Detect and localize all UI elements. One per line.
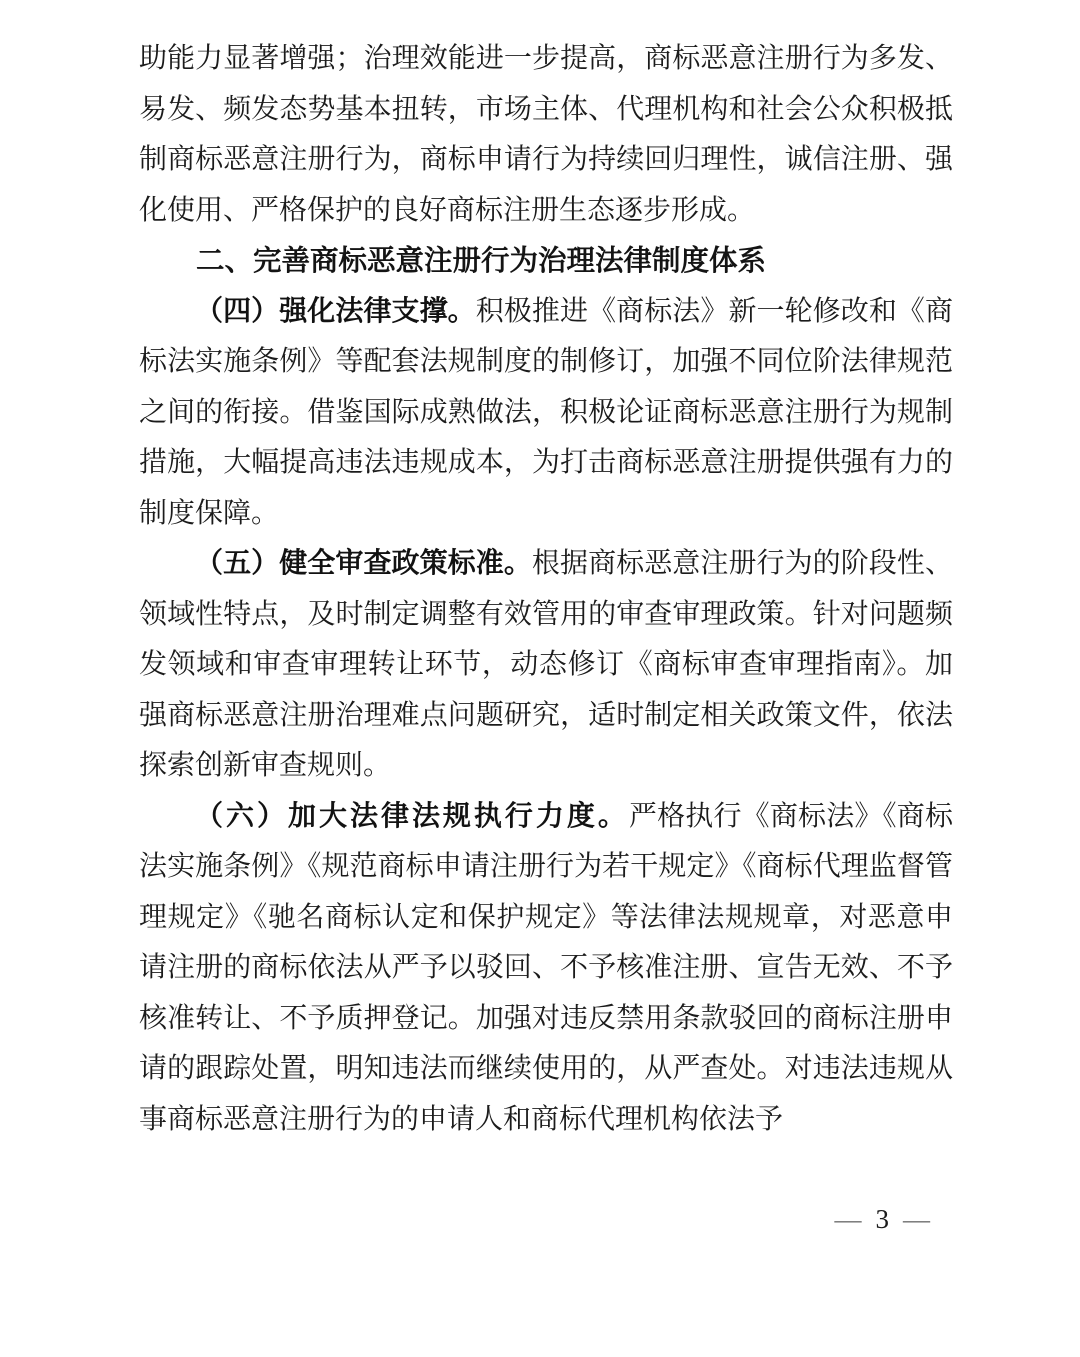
page-number-value: 3 (862, 1204, 904, 1234)
paragraph-continuation: 助能力显著增强；治理效能进一步提高，商标恶意注册行为多发、易发、频发态势基本扭转… (139, 34, 953, 236)
paragraph-6-bold-lead: （六）加大法律法规执行力度。 (195, 801, 629, 832)
page-number: —3— (835, 1203, 931, 1235)
paragraph-continuation-text: 助能力显著增强；治理效能进一步提高，商标恶意注册行为多发、易发、频发态势基本扭转… (139, 43, 953, 226)
paragraph-item-4: （四）强化法律支撑。积极推进《商标法》新一轮修改和《商标法实施条例》等配套法规制… (139, 287, 953, 540)
page-number-left-dash: — (835, 1204, 862, 1234)
paragraph-5-text: 根据商标恶意注册行为的阶段性、领域性特点，及时制定调整有效管用的审查审理政策。针… (139, 548, 953, 781)
paragraph-6-text: 严格执行《商标法》《商标法实施条例》《规范商标申请注册行为若干规定》《商标代理监… (139, 801, 953, 1135)
paragraph-item-6: （六）加大法律法规执行力度。严格执行《商标法》《商标法实施条例》《规范商标申请注… (139, 792, 953, 1146)
section-heading-2: 二、完善商标恶意注册行为治理法律制度体系 (139, 236, 953, 287)
paragraph-5-bold-lead: （五）健全审查政策标准。 (195, 548, 532, 579)
page-number-right-dash: — (903, 1204, 930, 1234)
section-heading-2-text: 二、完善商标恶意注册行为治理法律制度体系 (196, 245, 766, 277)
paragraph-item-5: （五）健全审查政策标准。根据商标恶意注册行为的阶段性、领域性特点，及时制定调整有… (139, 539, 953, 792)
paragraph-4-text: 积极推进《商标法》新一轮修改和《商标法实施条例》等配套法规制度的制修订，加强不同… (139, 296, 953, 529)
document-page-body: 助能力显著增强；治理效能进一步提高，商标恶意注册行为多发、易发、频发态势基本扭转… (139, 34, 953, 1145)
paragraph-4-bold-lead: （四）强化法律支撑。 (195, 296, 476, 327)
